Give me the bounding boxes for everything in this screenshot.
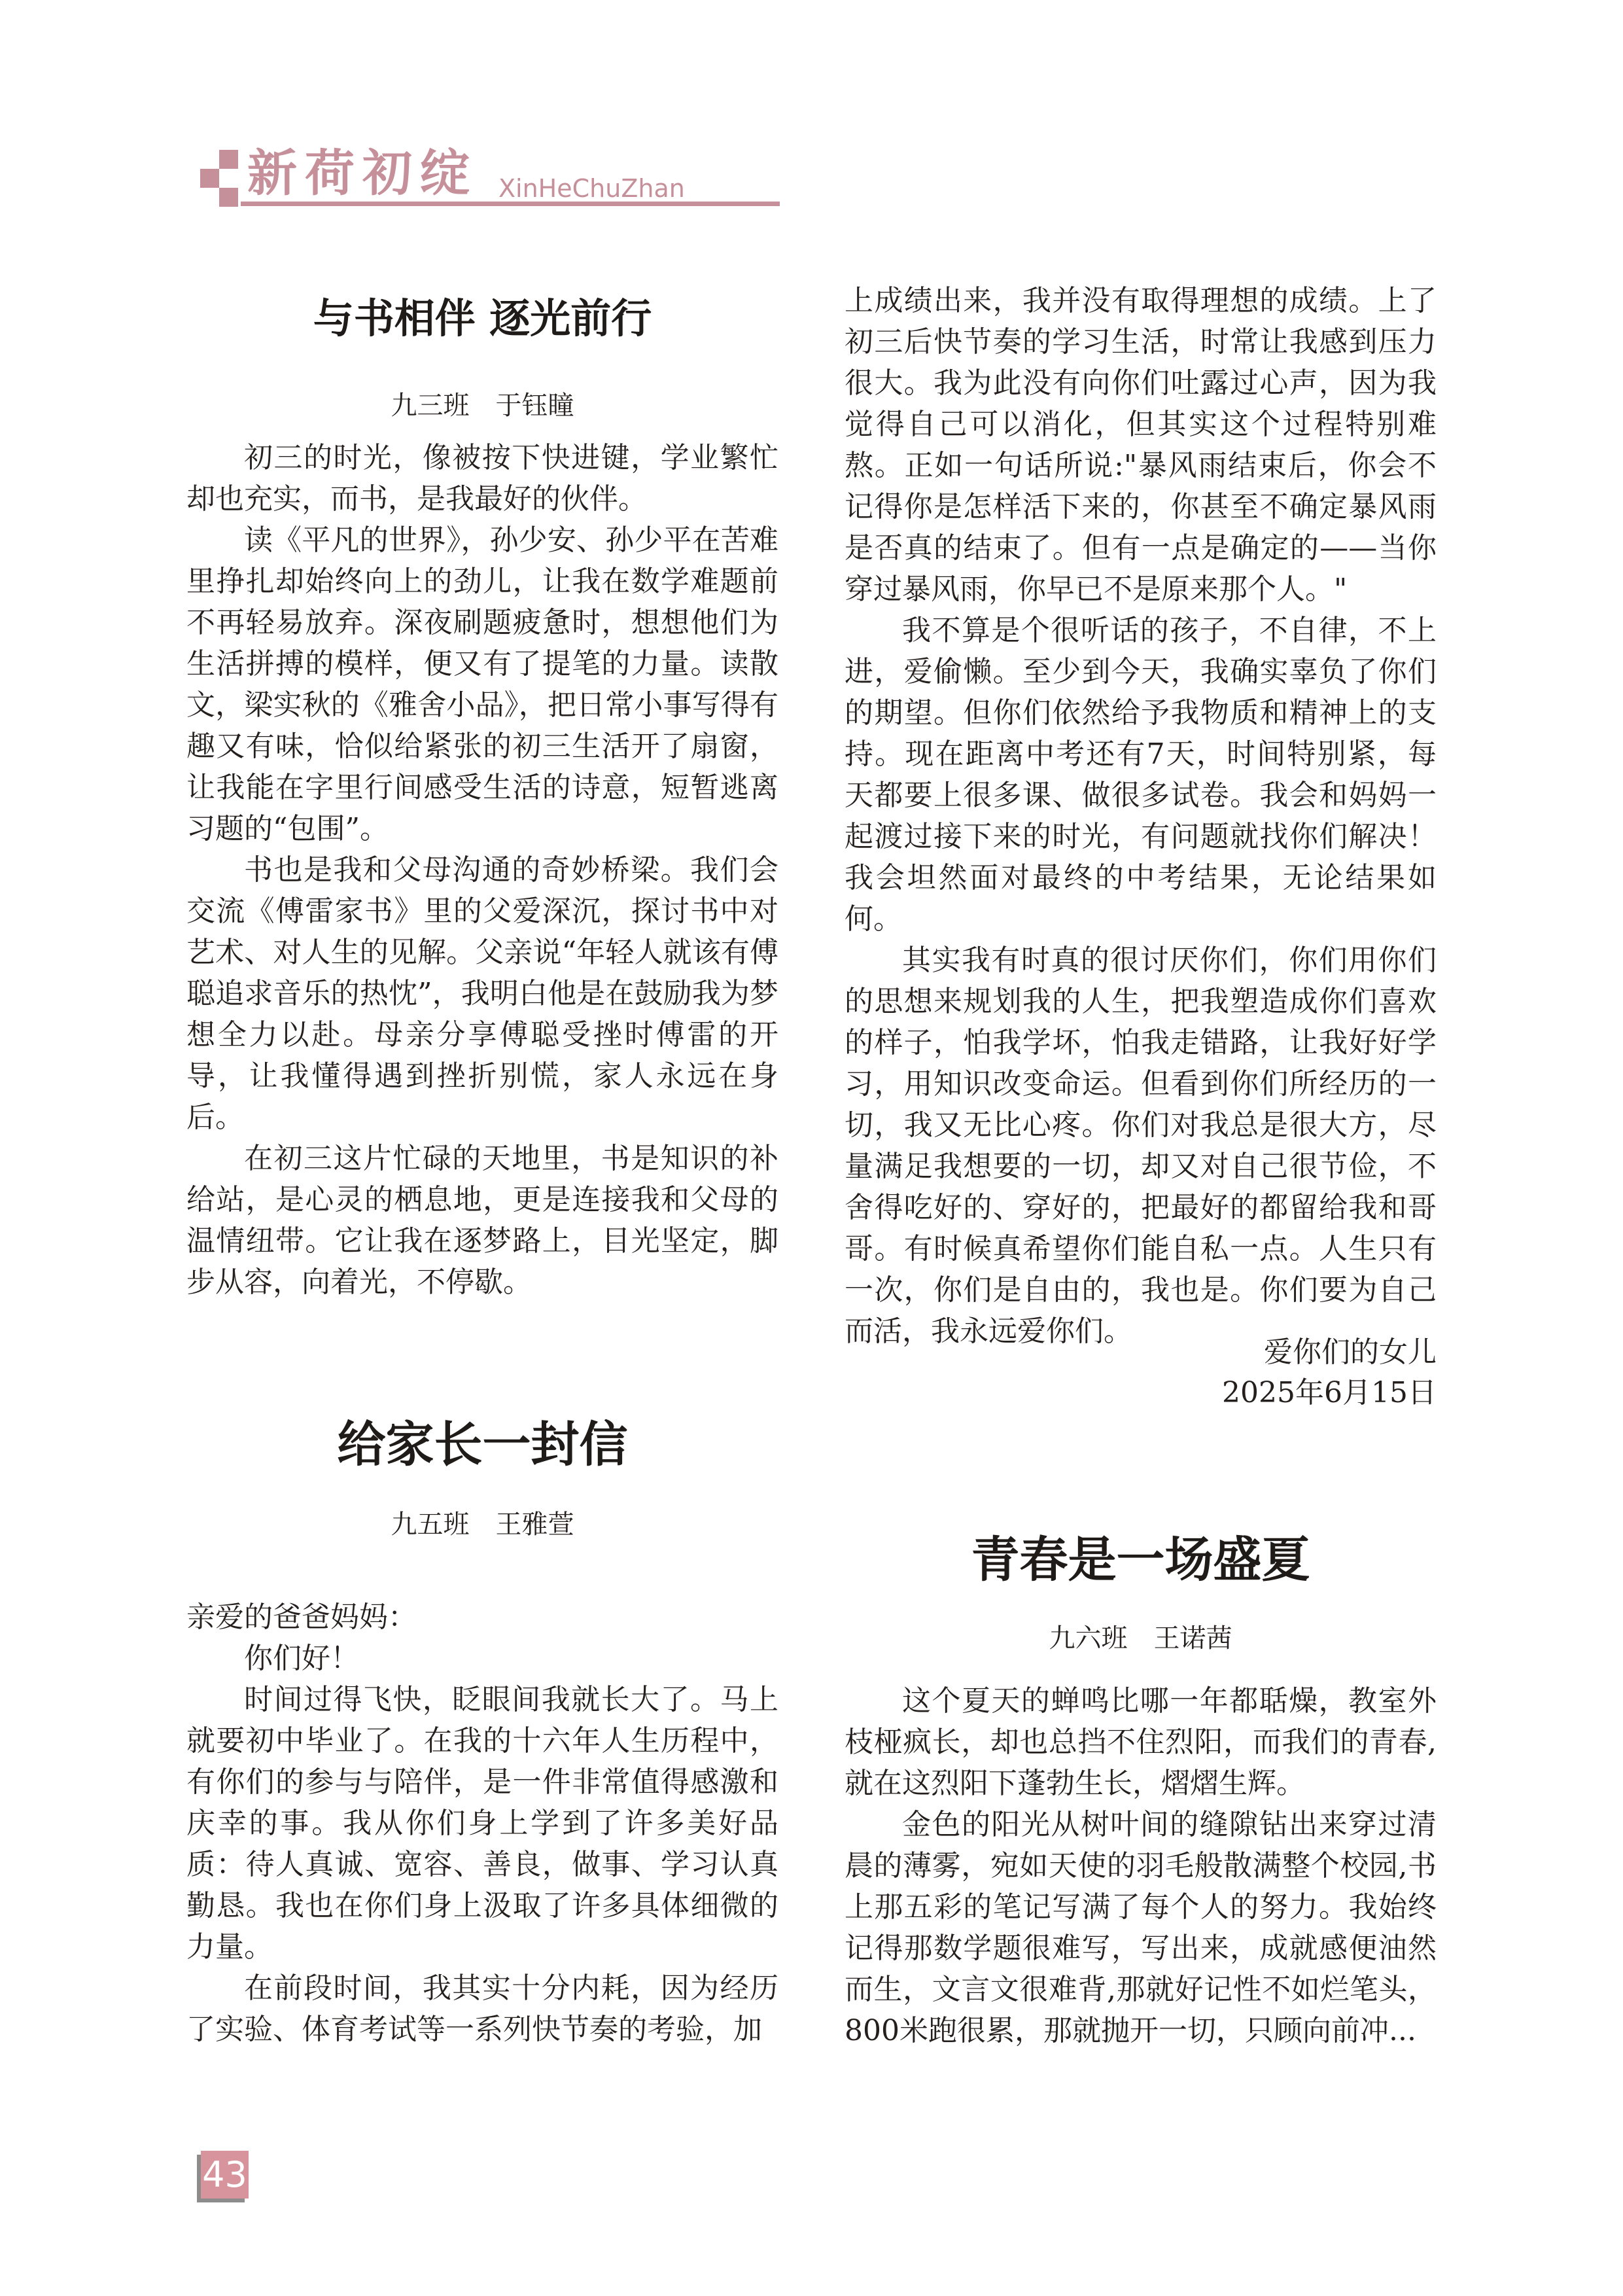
- logo-decor-squares: [200, 150, 238, 207]
- paragraph: 在初三这片忙碌的天地里，书是知识的补给站，是心灵的栖息地，更是连接我和父母的温情…: [186, 1138, 778, 1303]
- header-underline: [241, 202, 780, 206]
- page-number: 43: [202, 2154, 247, 2195]
- article3-title: 青春是一场盛夏: [845, 1530, 1437, 1591]
- decor-square-icon: [200, 169, 219, 188]
- signature-date: 2025年6月15日: [845, 1373, 1437, 1413]
- paragraph: 我不算是个很听话的孩子，不自律，不上进，爱偷懒。至少到今天，我确实辜负了你们的期…: [845, 610, 1437, 940]
- letter-body-right: 上成绩出来，我并没有取得理想的成绩。上了初三后快节奏的学习生活，时常让我感到压力…: [845, 280, 1437, 1352]
- letter-greeting: 你们好！: [186, 1638, 778, 1679]
- paragraph: 上成绩出来，我并没有取得理想的成绩。上了初三后快节奏的学习生活，时常让我感到压力…: [845, 280, 1437, 610]
- decor-square-icon: [219, 188, 238, 207]
- paragraph: 时间过得飞快，眨眼间我就长大了。马上就要初中毕业了。在我的十六年人生历程中，有你…: [186, 1679, 778, 1968]
- signature-name: 爱你们的女儿: [845, 1332, 1437, 1373]
- letter-salutation: 亲爱的爸爸妈妈：: [186, 1597, 778, 1638]
- article3-byline: 九六班 王诺茜: [845, 1617, 1437, 1655]
- letter-body-left: 亲爱的爸爸妈妈： 你们好！ 时间过得飞快，眨眼间我就长大了。马上就要初中毕业了。…: [186, 1597, 778, 2050]
- page-number-badge: 43: [201, 2151, 249, 2199]
- article2-title: 给家长一封信: [186, 1415, 778, 1475]
- article2-byline: 九五班 王雅萱: [186, 1504, 778, 1541]
- magazine-logo-en: XinHeChuZhan: [498, 174, 685, 203]
- decor-square-icon: [219, 150, 238, 169]
- paragraph: 在前段时间，我其实十分内耗，因为经历了实验、体育考试等一系列快节奏的考验，加: [186, 1968, 778, 2050]
- magazine-logo-cn: 新荷初绽: [247, 144, 478, 203]
- article3-body: 这个夏天的蝉鸣比哪一年都聒燥，教室外枝桠疯长，却也总挡不住烈阳，而我们的青春,就…: [845, 1680, 1437, 2051]
- paragraph: 其实我有时真的很讨厌你们，你们用你们的思想来规划我的人生，把我塑造成你们喜欢的样…: [845, 940, 1437, 1352]
- paragraph: 金色的阳光从树叶间的缝隙钻出来穿过清晨的薄雾，宛如天使的羽毛般散满整个校园,书上…: [845, 1804, 1437, 2051]
- paragraph: 书也是我和父母沟通的奇妙桥梁。我们会交流《傅雷家书》里的父爱深沉，探讨书中对艺术…: [186, 849, 778, 1138]
- article1-title: 与书相伴 逐光前行: [186, 293, 778, 344]
- magazine-page: 新荷初绽 XinHeChuZhan 与书相伴 逐光前行 九三班 于钰瞳 初三的时…: [0, 0, 1623, 2296]
- article1-body: 初三的时光，像被按下快进键，学业繁忙却也充实，而书，是我最好的伙伴。 读《平凡的…: [186, 437, 778, 1303]
- letter-signature-block: 爱你们的女儿 2025年6月15日: [845, 1332, 1448, 1413]
- paragraph: 这个夏天的蝉鸣比哪一年都聒燥，教室外枝桠疯长，却也总挡不住烈阳，而我们的青春,就…: [845, 1680, 1437, 1804]
- paragraph: 初三的时光，像被按下快进键，学业繁忙却也充实，而书，是我最好的伙伴。: [186, 437, 778, 520]
- article1-byline: 九三班 于钰瞳: [186, 385, 778, 422]
- paragraph: 读《平凡的世界》，孙少安、孙少平在苦难里挣扎却始终向上的劲儿，让我在数学难题前不…: [186, 520, 778, 849]
